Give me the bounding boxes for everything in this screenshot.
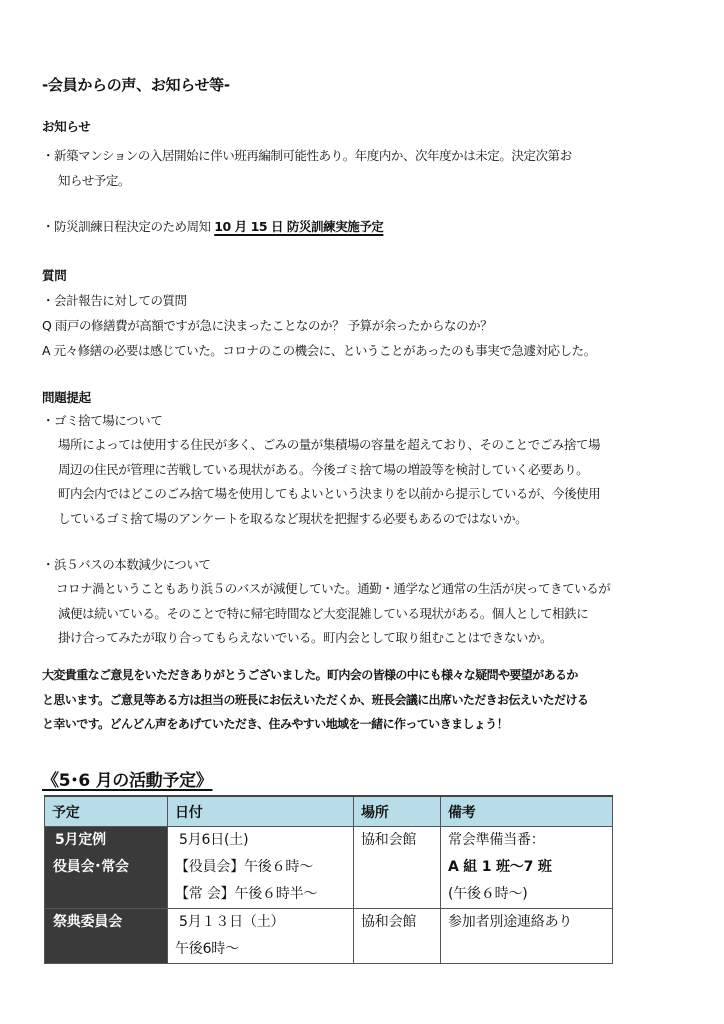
question-q: Q 雨戸の修繕費が高額ですが急に決まったことなのか？ 予算が余ったからなのか？ — [42, 317, 492, 334]
garbage-line: 周辺の住民が管理に苦戦している現状がある。今後ゴミ捨て場の増設等を検討していく必… — [58, 461, 588, 478]
event-cell: 5月定例 役員会･常会 — [45, 827, 168, 909]
table-row: 5月定例 役員会･常会 5月6日(土) 【役員会】午後６時～ 【常 会】午後６時… — [45, 827, 613, 909]
question-topic: ・会計報告に対しての質問 — [42, 292, 187, 309]
question-heading: 質問 — [42, 266, 66, 284]
schedule-header-row: 予定 日付 場所 備考 — [45, 796, 613, 827]
bus-line: コロナ渦ということもあり浜５のバスが減便していた。通勤・通学など通常の生活が戻っ… — [56, 580, 610, 597]
note-line: 参加者別途連絡あり — [448, 909, 612, 936]
garbage-line: 町内会内ではどこのごみ捨て場を使用してもよいという決まりを以前から提示しているが… — [58, 485, 600, 502]
section-title: -会員からの声、お知らせ等- — [42, 74, 230, 95]
note-line-duty-group: A 組 1 班～7 班 — [448, 854, 612, 881]
bus-line: 減便は続いている。そのことで特に帰宅時間など大変混雑している現状がある。個人とし… — [58, 605, 588, 622]
notice-item-1-line-1: ・新築マンションの入居開始に伴い班再編制可能性あり。年度内か、次年度かは未定。決… — [42, 147, 572, 164]
table-row: 祭典委員会 5月１３日（土） 午後6時～ 協和会館 参加者別途連絡あり — [45, 909, 613, 964]
bus-topic: ・浜５バスの本数減少について — [42, 556, 210, 573]
date-line: 5月１３日（土） — [175, 909, 353, 936]
event-label: 祭典委員会 — [53, 909, 167, 936]
thanks-line: と幸いです。どんどん声をあげていただき、住みやすい地域を一緒に作っていきましょう… — [42, 715, 508, 732]
garbage-topic: ・ゴミ捨て場について — [42, 412, 162, 429]
note-line: (午後６時～) — [448, 881, 612, 908]
header-place: 場所 — [354, 796, 441, 827]
event-label: 役員会･常会 — [53, 854, 167, 881]
issues-heading: 問題提起 — [42, 388, 91, 406]
header-event: 予定 — [45, 796, 168, 827]
schedule-table: 予定 日付 場所 備考 5月定例 役員会･常会 5月6日(土) 【役員会】午後６… — [44, 795, 613, 964]
garbage-line: しているゴミ捨て場のアンケートを取るなど現状を把握する必要もあるのではないか。 — [58, 510, 527, 527]
place-label: 協和会館 — [361, 827, 440, 854]
event-label: 5月定例 — [53, 827, 167, 854]
header-note: 備考 — [441, 796, 613, 827]
schedule-title: 《5･6 月の活動予定》 — [42, 766, 212, 791]
place-cell: 協和会館 — [354, 909, 441, 964]
note-cell: 参加者別途連絡あり — [441, 909, 613, 964]
date-line: 【役員会】午後６時～ — [175, 854, 353, 881]
thanks-line: と思います。ご意見等ある方は担当の班長にお伝えいただくか、班長会議に出席いただき… — [42, 691, 588, 708]
notice-item-2: ・防災訓練日程決定のため周知 10 月 15 日 防災訓練実施予定 — [42, 218, 383, 235]
date-line: 午後6時～ — [175, 936, 353, 963]
place-cell: 協和会館 — [354, 827, 441, 909]
notice-heading: お知らせ — [42, 117, 90, 135]
event-cell: 祭典委員会 — [45, 909, 168, 964]
thanks-line: 大変貴重なご意見をいただきありがとうございました。町内会の皆様の中にも様々な疑問… — [42, 666, 578, 683]
date-cell: 5月6日(土) 【役員会】午後６時～ 【常 会】午後６時半～ — [168, 827, 354, 909]
place-label: 協和会館 — [361, 909, 440, 936]
bus-line: 掛け合ってみたが取り合ってもらえないでいる。町内会として取り組むことはできないか… — [58, 629, 552, 646]
note-line: 常会準備当番： — [448, 827, 612, 854]
question-a: A 元々修繕の必要は感じていた。コロナのこの機会に、ということがあったのも事実で… — [42, 342, 596, 359]
date-line: 5月6日(土) — [175, 827, 353, 854]
drill-date-highlight: 10 月 15 日 防災訓練実施予定 — [214, 219, 383, 234]
garbage-line: 場所によっては使用する住民が多く、ごみの量が集積場の容量を超えており、そのことで… — [58, 436, 600, 453]
header-date: 日付 — [168, 796, 354, 827]
date-line: 【常 会】午後６時半～ — [175, 881, 353, 908]
notice-item-2-text: ・防災訓練日程決定のため周知 — [42, 219, 214, 234]
notice-item-1-line-2: 知らせ予定。 — [58, 172, 130, 189]
date-cell: 5月１３日（土） 午後6時～ — [168, 909, 354, 964]
note-cell: 常会準備当番： A 組 1 班～7 班 (午後６時～) — [441, 827, 613, 909]
